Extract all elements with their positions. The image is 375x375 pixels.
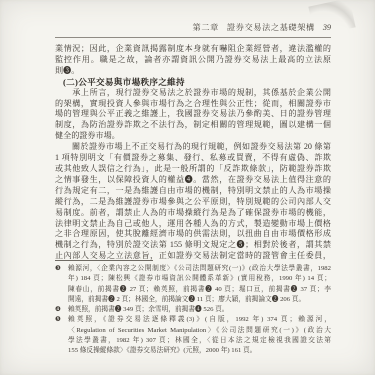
footnote-area: ❸ 賴源河，〈企業內容之公開制度〉《公司法問題研究(一)》(政治大學法學叢書，1… <box>55 260 331 357</box>
text-line: 機制之行為，特別於證交法第 155 條明文規定之❺；相對於後者，謂其禁 <box>55 240 331 251</box>
footnote-line: 賴源河，〈企業內容之公開制度〉《公司法問題研究(一)》(政治大學法學叢書，198… <box>68 264 331 274</box>
footnote-separator-rule <box>55 260 153 261</box>
chapter-label: 第二章 <box>193 22 219 33</box>
footnote-line: 賴英照，前揭書❷ 349 頁；余雪明，前揭書❹ 526 頁。 <box>68 305 331 315</box>
footnote-line: 賴英照，《證券交易法逐條釋義(3)》(自版，1992 年) 374 頁；賴源河， <box>68 315 331 325</box>
text-line: 健全的證券市場。 <box>55 131 331 142</box>
header-rule <box>55 37 331 38</box>
text-line: 之情事發生，以保障投資人的權益❹。當然，在證券交易法上值得注意的 <box>55 175 331 186</box>
footnote-marker: ❺ <box>55 315 68 356</box>
running-header: 第二章 證券交易法之基礎架構 39 <box>55 22 331 33</box>
footnote: ❹ 賴英照，前揭書❷ 349 頁；余雪明，前揭書❹ 526 頁。 <box>55 305 331 315</box>
footnote-line: 155 條反操縱條款〉《證券交易法研究》(元照，2000 年) 161 頁。 <box>68 346 331 356</box>
text-line: 1 項特別明文「有價證券之募集、發行、私募或買賣，不得有虛偽、詐欺 <box>55 153 331 164</box>
body-text: 業情況；因此，企業資訊揭露制度本身就有嚇阻企業經營者，違法濫權的 監控作用。職是… <box>55 44 331 262</box>
footnote-line: 年) 184 頁；陳松興《證券市場資訊公開體系革新》(實用稅務，1990 年) … <box>68 274 331 284</box>
footnote: ❸ 賴源河，〈企業內容之公開制度〉《公司法問題研究(一)》(政治大學法學叢書，1… <box>55 264 331 305</box>
text-line: 易制度。前者，謂禁止人為的市場操縱行為是為了確保證券市場的機能， <box>55 208 331 219</box>
footnote: ❺ 賴英照，《證券交易法逐條釋義(3)》(自版，1992 年) 374 頁；賴源… <box>55 315 331 356</box>
section-heading: (二)公平交易與市場秩序之維持 <box>55 77 331 88</box>
footnote-text: 賴英照，前揭書❷ 349 頁；余雪明，前揭書❹ 526 頁。 <box>68 305 331 315</box>
paragraph: 承上所言，現行證券交易法之於證券市場的規制，其係基於企業公開 的架構，實現投資人… <box>55 88 331 143</box>
footnote-marker: ❹ <box>55 305 68 315</box>
chapter-title: 證券交易法之基礎架構 <box>227 22 315 33</box>
footnote-text: 賴英照，《證券交易法逐條釋義(3)》(自版，1992 年) 374 頁；賴源河，… <box>68 315 331 356</box>
text-line: 場的管理與公平正義之維護上，我國證券交易法乃參酌美、日的證券管理 <box>55 109 331 120</box>
footnote-text: 賴源河，〈企業內容之公開制度〉《公司法問題研究(一)》(政治大學法學叢書，198… <box>68 264 331 305</box>
text-line: 縱行為，二是為維護證券市場參與之公平原則，特別規範的公司內部人交 <box>55 197 331 208</box>
text-line: 制度，為防治證券詐欺之不法行為，制定相關的管理規範，圖以建構一個 <box>55 120 331 131</box>
paragraph: 關於證券市場上不正交易行為的現行規範，例如證券交易法第 20 條第 1 項特別明… <box>55 142 331 262</box>
footnote-line: 〈Regulation of Securities Market Manipul… <box>68 326 331 336</box>
page-number: 39 <box>323 23 331 32</box>
text-line: 之非合理原因，使其脫離經濟市場的供需法則，以扭曲自由市場價格形成 <box>55 229 331 240</box>
footnote-line: 開遠，前揭書❷ 2 頁；林國全，前揭論文❷ 11 頁；廖大穎，前揭論文❷ 206… <box>68 295 331 305</box>
text-line: 的架構，實現投資人參與市場行為之合理性與公正性；從而，相關證券市 <box>55 99 331 110</box>
text-line: 行為規定有二，一是為維護自由市場的機制，特別明文禁止的人為市場操 <box>55 186 331 197</box>
footnote-line: 學法學叢書，1982 年) 307 頁；林國全，〈從日本法之規定檢視我國證交法第 <box>68 336 331 346</box>
text-line: 則❸。 <box>55 66 331 77</box>
page-content: 第二章 證券交易法之基礎架構 39 業情況；因此，企業資訊揭露制度本身就有嚇阻企… <box>55 22 331 262</box>
text-line: 監控作用。職是之故，論者亦謂資訊公開乃證券交易法上最高的立法原 <box>55 55 331 66</box>
text-line: 或其他致人誤信之行為」，此是一般所謂的「反詐欺條款」，防範證券詐欺 <box>55 164 331 175</box>
book-page-scan: 第二章 證券交易法之基礎架構 39 業情況；因此，企業資訊揭露制度本身就有嚇阻企… <box>0 0 375 375</box>
text-line: 法律明文禁止為自己或他人，運用各種人為的方式，製造變動市場上價格 <box>55 219 331 230</box>
paragraph: 業情況；因此，企業資訊揭露制度本身就有嚇阻企業經營者，違法濫權的 監控作用。職是… <box>55 44 331 77</box>
footnote-line: 陳春山，前揭書❷ 27 頁；賴英照，前揭書❷ 40 頁；堀口亘，前揭書❷ 37 … <box>68 285 331 295</box>
footnote-marker: ❸ <box>55 264 68 305</box>
text-line: 關於證券市場上不正交易行為的現行規範，例如證券交易法第 20 條第 <box>55 142 331 153</box>
text-line: 業情況；因此，企業資訊揭露制度本身就有嚇阻企業經營者，違法濫權的 <box>55 44 331 55</box>
text-line: 承上所言，現行證券交易法之於證券市場的規制，其係基於企業公開 <box>55 88 331 99</box>
